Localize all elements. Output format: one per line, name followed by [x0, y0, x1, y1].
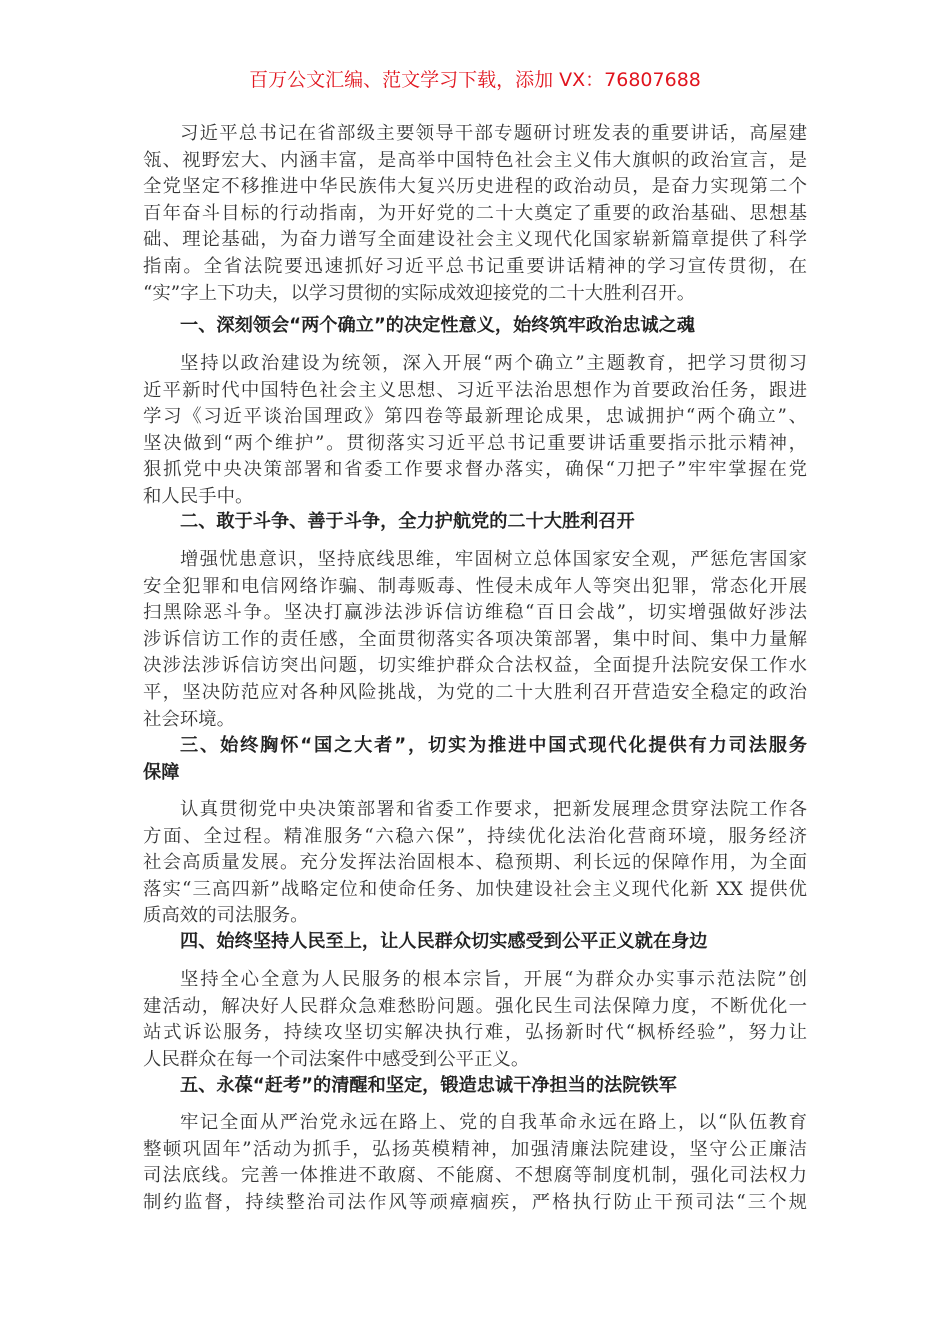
- paragraph-line: 落实“三高四新”战略定位和使命任务、加快建设社会主义现代化新 XX 提供优: [143, 877, 807, 904]
- paragraph-line: 指南。全省法院要迅速抓好习近平总书记重要讲话精神的学习宣传贯彻，在: [143, 254, 807, 281]
- paragraph-line: 质高效的司法服务。: [143, 903, 807, 930]
- paragraph-line: 瓴、视野宏大、内涵丰富，是高举中国特色社会主义伟大旗帜的政治宣言，是: [143, 148, 807, 175]
- section-paragraph-2: 增强忧患意识，坚持底线思维，牢固树立总体国家安全观，严惩危害国家 安全犯罪和电信…: [143, 547, 807, 733]
- paragraph-line: 和人民手中。: [143, 484, 807, 511]
- paragraph-line: 坚持全心全意为人民服务的根本宗旨，开展“为群众办实事示范法院”创: [143, 967, 807, 994]
- section-heading-3: 三、始终胸怀“国之大者”，切实为推进中国式现代化提供有力司法服务 保障: [143, 733, 807, 786]
- paragraph-line: 扫黑除恶斗争。坚决打赢涉法涉诉信访维稳“百日会战”，切实增强做好涉法: [143, 600, 807, 627]
- paragraph-line: 坚决做到“两个维护”。贯彻落实习近平总书记重要讲话重要指示批示精神，: [143, 431, 807, 458]
- promo-banner: 百万公文汇编、范文学习下载，添加 VX：76807688: [0, 66, 950, 94]
- paragraph-line: 站式诉讼服务，持续攻坚切实解决执行难，弘扬新时代“枫桥经验”，努力让: [143, 1020, 807, 1047]
- paragraph-line: 全党坚定不移推进中华民族伟大复兴历史进程的政治动员，是奋力实现第二个: [143, 174, 807, 201]
- heading-line: 保障: [143, 760, 807, 787]
- document-page: 百万公文汇编、范文学习下载，添加 VX：76807688 习近平总书记在省部级主…: [0, 0, 950, 1344]
- heading-line: 三、始终胸怀“国之大者”，切实为推进中国式现代化提供有力司法服务: [143, 733, 807, 760]
- paragraph-line: 司法底线。完善一体推进不敢腐、不能腐、不想腐等制度机制，强化司法权力: [143, 1163, 807, 1190]
- section-paragraph-4: 坚持全心全意为人民服务的根本宗旨，开展“为群众办实事示范法院”创 建活动，解决好…: [143, 967, 807, 1073]
- paragraph-line: 制约监督，持续整治司法作风等顽瘴痼疾，严格执行防止干预司法“三个规: [143, 1190, 807, 1217]
- section-paragraph-1: 坚持以政治建设为统领，深入开展“两个确立”主题教育，把学习贯彻习 近平新时代中国…: [143, 351, 807, 511]
- heading-line: 一、深刻领会“两个确立”的决定性意义，始终筑牢政治忠诚之魂: [143, 313, 807, 340]
- section-heading-2: 二、敢于斗争、善于斗争，全力护航党的二十大胜利召开: [143, 509, 807, 536]
- paragraph-line: 平，坚决防范应对各种风险挑战，为党的二十大胜利召开营造安全稳定的政治: [143, 680, 807, 707]
- heading-line: 二、敢于斗争、善于斗争，全力护航党的二十大胜利召开: [143, 509, 807, 536]
- heading-line: 四、始终坚持人民至上，让人民群众切实感受到公平正义就在身边: [143, 929, 807, 956]
- paragraph-line: 安全犯罪和电信网络诈骗、制毒贩毒、性侵未成年人等突出犯罪，常态化开展: [143, 574, 807, 601]
- paragraph-line: 学习《习近平谈治国理政》第四卷等最新理论成果，忠诚拥护“两个确立”、: [143, 404, 807, 431]
- paragraph-line: 建活动，解决好人民群众急难愁盼问题。强化民生司法保障力度，不断优化一: [143, 994, 807, 1021]
- section-heading-4: 四、始终坚持人民至上，让人民群众切实感受到公平正义就在身边: [143, 929, 807, 956]
- paragraph-line: 涉诉信访工作的责任感，全面贯彻落实各项决策部署，集中时间、集中力量解: [143, 627, 807, 654]
- paragraph-line: 社会高质量发展。充分发挥法治固根本、稳预期、利长远的保障作用，为全面: [143, 850, 807, 877]
- paragraph-line: 社会环境。: [143, 707, 807, 734]
- heading-line: 五、永葆“赶考”的清醒和坚定，锻造忠诚干净担当的法院铁军: [143, 1073, 807, 1100]
- section-heading-1: 一、深刻领会“两个确立”的决定性意义，始终筑牢政治忠诚之魂: [143, 313, 807, 340]
- section-paragraph-5: 牢记全面从严治党永远在路上、党的自我革命永远在路上，以“队伍教育 整顿巩固年”活…: [143, 1110, 807, 1216]
- paragraph-line: 牢记全面从严治党永远在路上、党的自我革命永远在路上，以“队伍教育: [143, 1110, 807, 1137]
- paragraph-line: 坚持以政治建设为统领，深入开展“两个确立”主题教育，把学习贯彻习: [143, 351, 807, 378]
- paragraph-line: 整顿巩固年”活动为抓手，弘扬英模精神，加强清廉法院建设，坚守公正廉洁: [143, 1137, 807, 1164]
- paragraph-line: 人民群众在每一个司法案件中感受到公平正义。: [143, 1047, 807, 1074]
- paragraph-line: 习近平总书记在省部级主要领导干部专题研讨班发表的重要讲话，高屋建: [143, 121, 807, 148]
- intro-paragraph: 习近平总书记在省部级主要领导干部专题研讨班发表的重要讲话，高屋建 瓴、视野宏大、…: [143, 121, 807, 307]
- paragraph-line: 认真贯彻党中央决策部署和省委工作要求，把新发展理念贯穿法院工作各: [143, 797, 807, 824]
- section-heading-5: 五、永葆“赶考”的清醒和坚定，锻造忠诚干净担当的法院铁军: [143, 1073, 807, 1100]
- paragraph-line: 础、理论基础，为奋力谱写全面建设社会主义现代化国家崭新篇章提供了科学: [143, 227, 807, 254]
- paragraph-line: 狠抓党中央决策部署和省委工作要求督办落实，确保“刀把子”牢牢掌握在党: [143, 457, 807, 484]
- paragraph-line: 近平新时代中国特色社会主义思想、习近平法治思想作为首要政治任务，跟进: [143, 378, 807, 405]
- paragraph-line: “实”字上下功夫，以学习贯彻的实际成效迎接党的二十大胜利召开。: [143, 281, 807, 308]
- paragraph-line: 增强忧患意识，坚持底线思维，牢固树立总体国家安全观，严惩危害国家: [143, 547, 807, 574]
- paragraph-line: 方面、全过程。精准服务“六稳六保”，持续优化法治化营商环境，服务经济: [143, 824, 807, 851]
- paragraph-line: 决涉法涉诉信访突出问题，切实维护群众合法权益，全面提升法院安保工作水: [143, 653, 807, 680]
- paragraph-line: 百年奋斗目标的行动指南，为开好党的二十大奠定了重要的政治基础、思想基: [143, 201, 807, 228]
- section-paragraph-3: 认真贯彻党中央决策部署和省委工作要求，把新发展理念贯穿法院工作各 方面、全过程。…: [143, 797, 807, 930]
